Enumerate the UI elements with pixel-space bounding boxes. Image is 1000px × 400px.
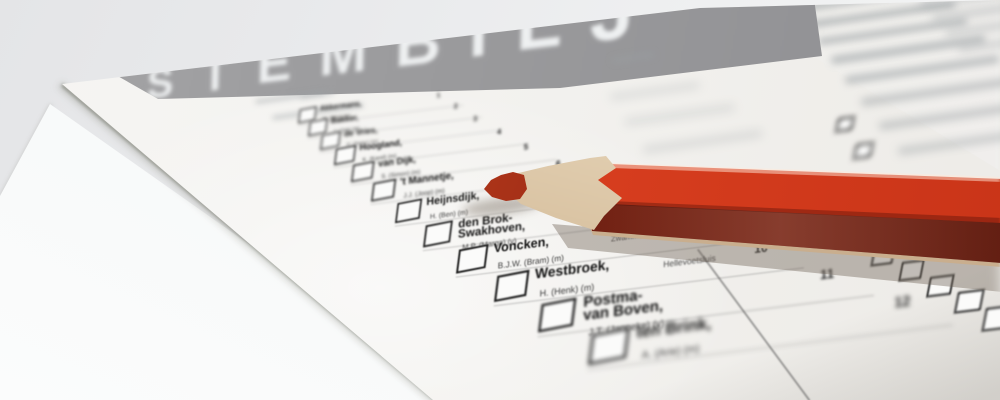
right-list-checkbox bbox=[835, 116, 855, 133]
right-list-checkbox bbox=[954, 289, 985, 314]
ballot-photo-scene: STEMBILJ Akkermans,W. (Wim) (m)1Bakker,J… bbox=[0, 0, 1000, 400]
right-list-checkbox bbox=[853, 142, 874, 160]
right-list-checkbox bbox=[981, 305, 1000, 332]
